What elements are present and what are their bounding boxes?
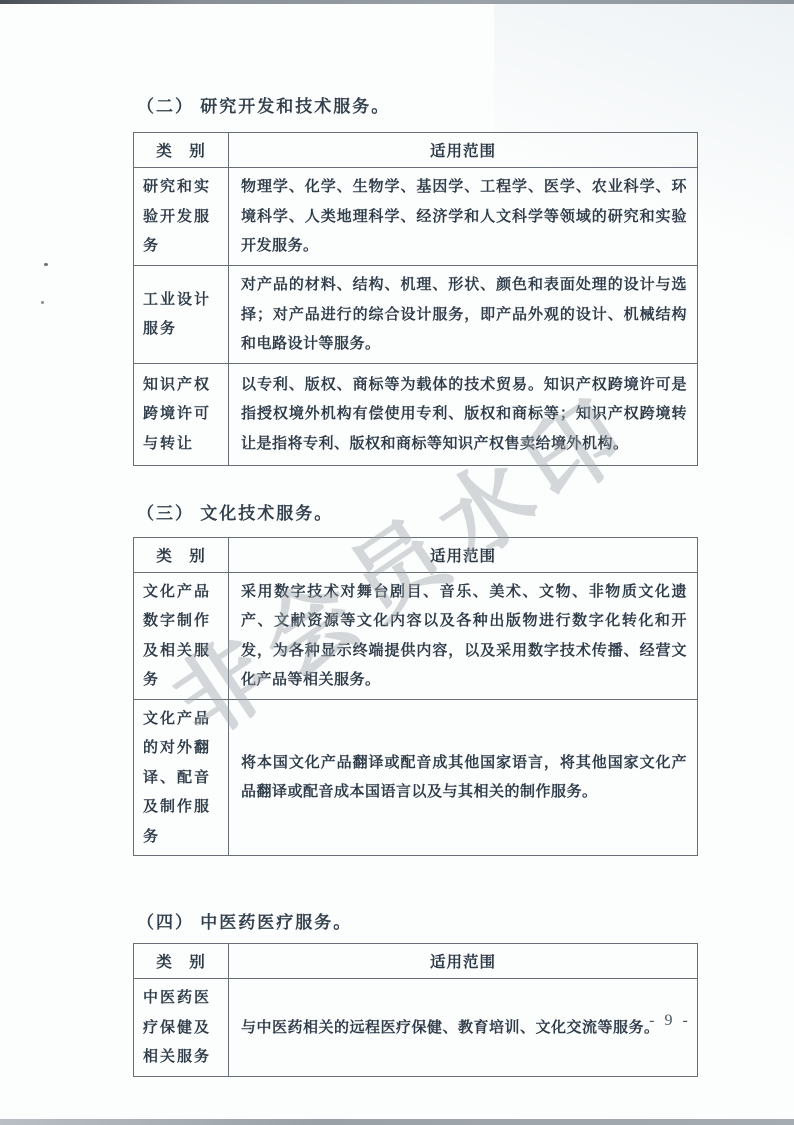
category-table-tcm: 类 别 适用范围 中医药医疗保健及相关服务 与中医药相关的远程医疗保健、教育培训… xyxy=(133,943,698,1077)
section-heading-3: （三） 文化技术服务。 xyxy=(137,503,697,525)
table-header-row: 类 别 适用范围 xyxy=(134,133,698,168)
table-row: 知识产权跨境许可与转让 以专利、版权、商标等为载体的技术贸易。知识产权跨境许可是… xyxy=(134,363,698,465)
scanned-document-page: 非会员水印 （二） 研究开发和技术服务。 类 别 适用范围 研究和实验开发服务 … xyxy=(0,0,794,1125)
column-header-category: 类 别 xyxy=(134,944,229,979)
column-header-scope: 适用范围 xyxy=(229,133,698,168)
category-cell: 文化产品数字制作及相关服务 xyxy=(134,572,229,699)
scope-cell: 以专利、版权、商标等为载体的技术贸易。知识产权跨境许可是指授权境外机构有偿使用专… xyxy=(229,363,698,465)
table-header-row: 类 别 适用范围 xyxy=(134,944,698,979)
page-number: - 9 - xyxy=(630,1012,710,1030)
table-row: 工业设计服务 对产品的材料、结构、机理、形状、颜色和表面处理的设计与选择；对产品… xyxy=(134,266,698,364)
table-header-row: 类 别 适用范围 xyxy=(134,537,698,572)
scope-cell: 物理学、化学、生物学、基因学、工程学、医学、农业科学、环境科学、人类地理科学、经… xyxy=(229,168,698,266)
table-row: 中医药医疗保健及相关服务 与中医药相关的远程医疗保健、教育培训、文化交流等服务。 xyxy=(134,979,698,1077)
category-cell: 研究和实验开发服务 xyxy=(134,168,229,266)
scope-cell: 与中医药相关的远程医疗保健、教育培训、文化交流等服务。 xyxy=(229,979,698,1077)
category-cell: 文化产品的对外翻译、配音及制作服务 xyxy=(134,699,229,856)
scope-cell: 采用数字技术对舞台剧目、音乐、美术、文物、非物质文化遗产、文献资源等文化内容以及… xyxy=(229,572,698,699)
scan-edge-bottom xyxy=(0,1119,794,1125)
column-header-category: 类 别 xyxy=(134,537,229,572)
category-cell: 中医药医疗保健及相关服务 xyxy=(134,979,229,1077)
category-table-culture: 类 别 适用范围 文化产品数字制作及相关服务 采用数字技术对舞台剧目、音乐、美术… xyxy=(133,537,698,857)
table-row: 研究和实验开发服务 物理学、化学、生物学、基因学、工程学、医学、农业科学、环境科… xyxy=(134,168,698,266)
section-heading-4: （四） 中医药医疗服务。 xyxy=(137,912,697,934)
category-table-research: 类 别 适用范围 研究和实验开发服务 物理学、化学、生物学、基因学、工程学、医学… xyxy=(133,132,698,466)
table-row: 文化产品数字制作及相关服务 采用数字技术对舞台剧目、音乐、美术、文物、非物质文化… xyxy=(134,572,698,699)
document-content: （二） 研究开发和技术服务。 类 别 适用范围 研究和实验开发服务 物理学、化学… xyxy=(0,0,794,1077)
column-header-category: 类 别 xyxy=(134,133,229,168)
column-header-scope: 适用范围 xyxy=(229,537,698,572)
table-row: 文化产品的对外翻译、配音及制作服务 将本国文化产品翻译或配音成其他国家语言，将其… xyxy=(134,699,698,856)
scope-cell: 对产品的材料、结构、机理、形状、颜色和表面处理的设计与选择；对产品进行的综合设计… xyxy=(229,266,698,364)
column-header-scope: 适用范围 xyxy=(229,944,698,979)
category-cell: 知识产权跨境许可与转让 xyxy=(134,363,229,465)
section-heading-2: （二） 研究开发和技术服务。 xyxy=(137,96,697,118)
scope-cell: 将本国文化产品翻译或配音成其他国家语言，将其他国家文化产品翻译或配音成本国语言以… xyxy=(229,699,698,856)
category-cell: 工业设计服务 xyxy=(134,266,229,364)
